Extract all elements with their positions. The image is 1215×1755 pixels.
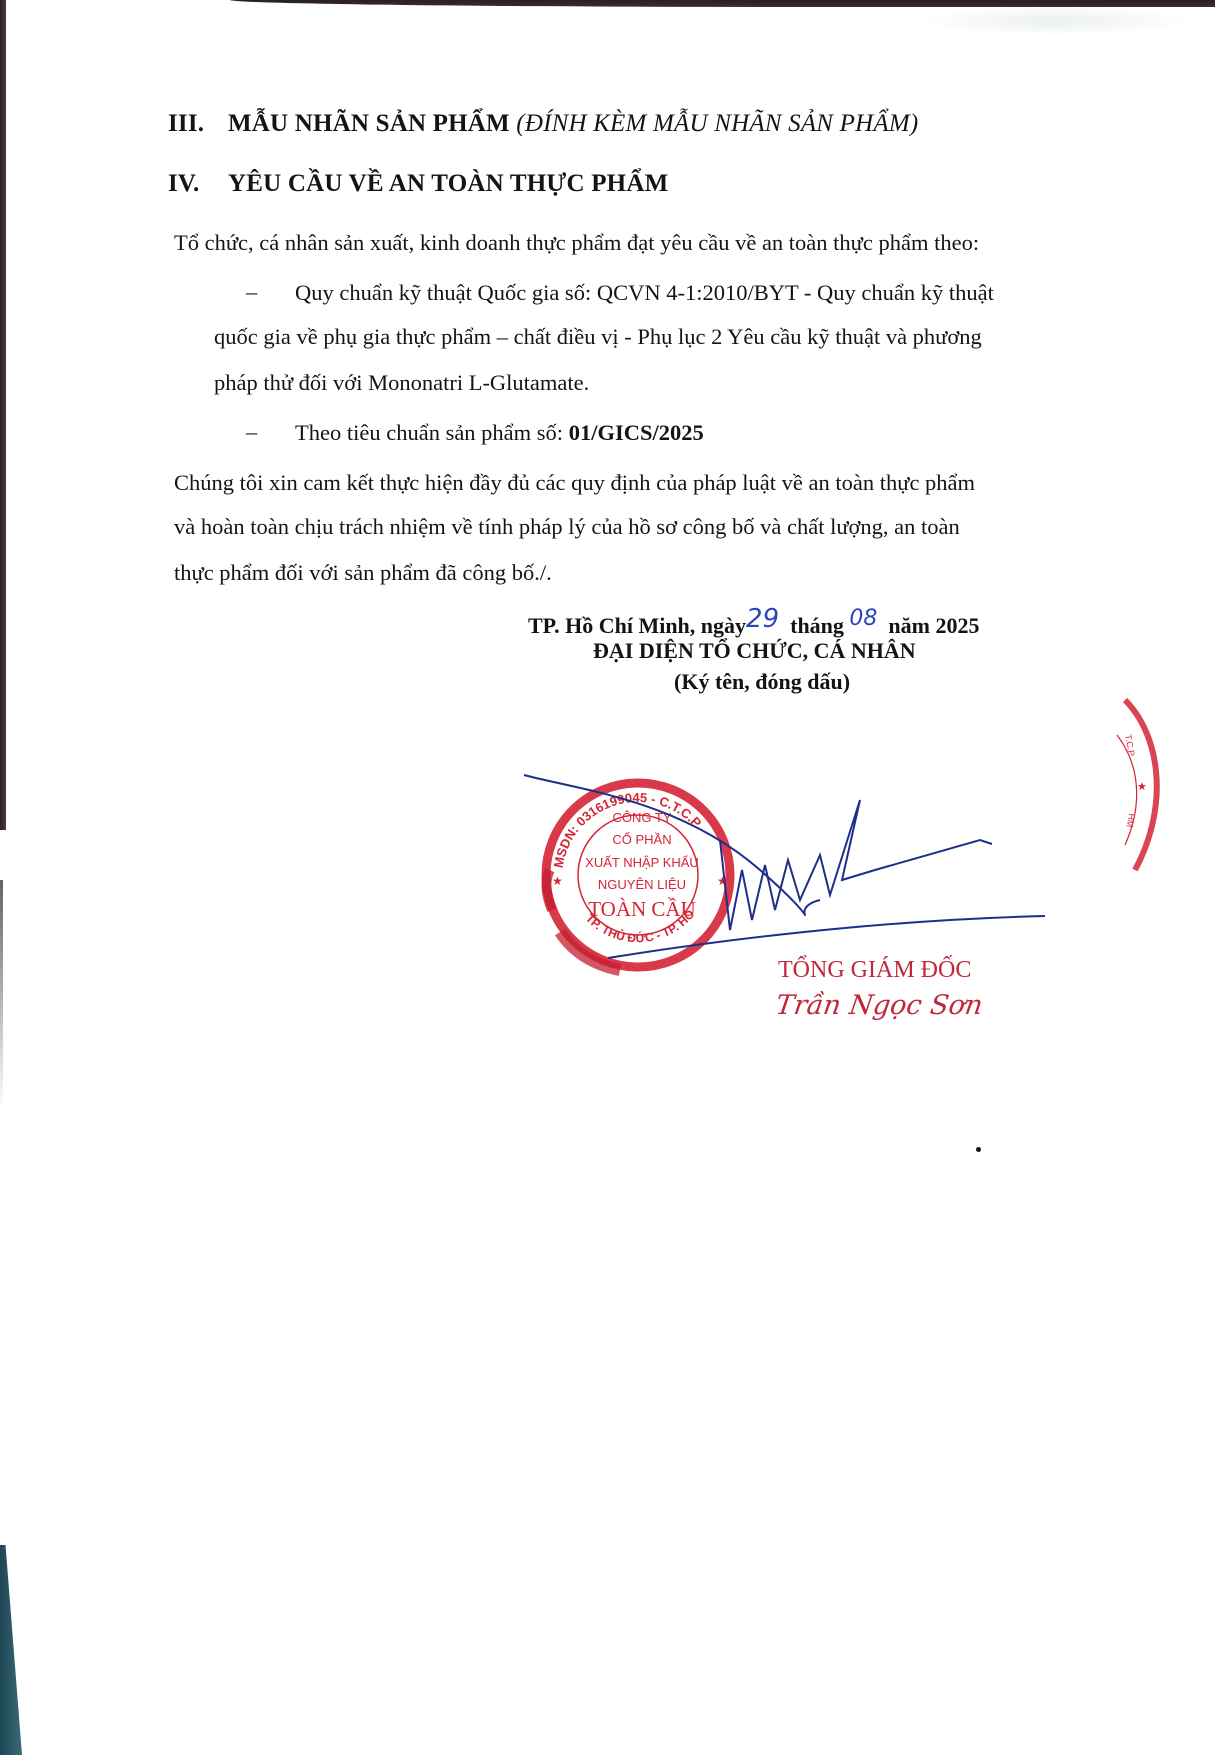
bullet-dash: – — [246, 279, 257, 305]
place-prefix: TP. Hồ Chí Minh, ngày — [528, 613, 746, 638]
standard-code: 01/GICS/2025 — [569, 420, 704, 445]
signer-name: Trần Ngọc Sơn — [774, 990, 985, 1021]
section-title: MẪU NHÃN SẢN PHẨM — [228, 110, 510, 137]
bullet-prefix: Theo tiêu chuẩn sản phẩm số: — [295, 420, 569, 445]
bullet-line: Theo tiêu chuẩn sản phẩm số: 01/GICS/202… — [295, 419, 704, 447]
bullet-line: quốc gia về phụ gia thực phẩm – chất điề… — [214, 323, 982, 351]
month-label: tháng — [790, 613, 844, 638]
section-title: YÊU CẦU VỀ AN TOÀN THỰC PHẨM — [228, 170, 668, 197]
position-title: TỔNG GIÁM ĐỐC — [778, 957, 971, 984]
section-number: III. — [168, 110, 228, 138]
section-heading-iii: III.MẪU NHÃN SẢN PHẨM (ĐÍNH KÈM MẪU NHÃN… — [168, 110, 918, 138]
scan-edge-left-mid — [0, 880, 3, 1110]
commitment-line: Chúng tôi xin cam kết thực hiện đầy đủ c… — [174, 469, 975, 497]
scan-edge-left — [0, 0, 6, 830]
sign-instruction: (Ký tên, đóng dấu) — [674, 669, 850, 695]
ink-speck — [976, 1147, 981, 1152]
partial-stamp-edge: ★ T.C.P HM — [1115, 695, 1185, 875]
document-page: III.MẪU NHÃN SẢN PHẨM (ĐÍNH KÈM MẪU NHÃN… — [0, 0, 1215, 1755]
section-heading-iv: IV.YÊU CẦU VỀ AN TOÀN THỰC PHẨM — [168, 170, 668, 198]
section-number: IV. — [168, 170, 228, 198]
handwritten-signature — [520, 760, 1060, 970]
intro-paragraph: Tổ chức, cá nhân sản xuất, kinh doanh th… — [174, 229, 979, 257]
scan-edge-bottom-left — [0, 1545, 22, 1755]
representative-label: ĐẠI DIỆN TỔ CHỨC, CÁ NHÂN — [593, 638, 916, 664]
commitment-line: và hoàn toàn chịu trách nhiệm về tính ph… — [174, 513, 960, 541]
year-label: năm 2025 — [888, 613, 979, 638]
svg-text:T.C.P: T.C.P — [1123, 734, 1137, 757]
scan-smudge — [915, 6, 1195, 36]
section-note: (ĐÍNH KÈM MẪU NHÃN SẢN PHẨM) — [516, 110, 918, 137]
star-icon: ★ — [1137, 781, 1147, 793]
svg-text:HM: HM — [1125, 813, 1137, 829]
handwritten-month: 08 — [849, 606, 877, 631]
bullet-line: Quy chuẩn kỹ thuật Quốc gia số: QCVN 4-1… — [295, 279, 994, 307]
commitment-line: thực phẩm đối với sản phẩm đã công bố./. — [174, 559, 552, 587]
bullet-dash: – — [246, 419, 257, 445]
date-line: TP. Hồ Chí Minh, ngày29 tháng 08 năm 202… — [528, 610, 979, 640]
bullet-line: pháp thử đối với Mononatri L-Glutamate. — [214, 369, 589, 397]
handwritten-day: 29 — [746, 604, 779, 634]
